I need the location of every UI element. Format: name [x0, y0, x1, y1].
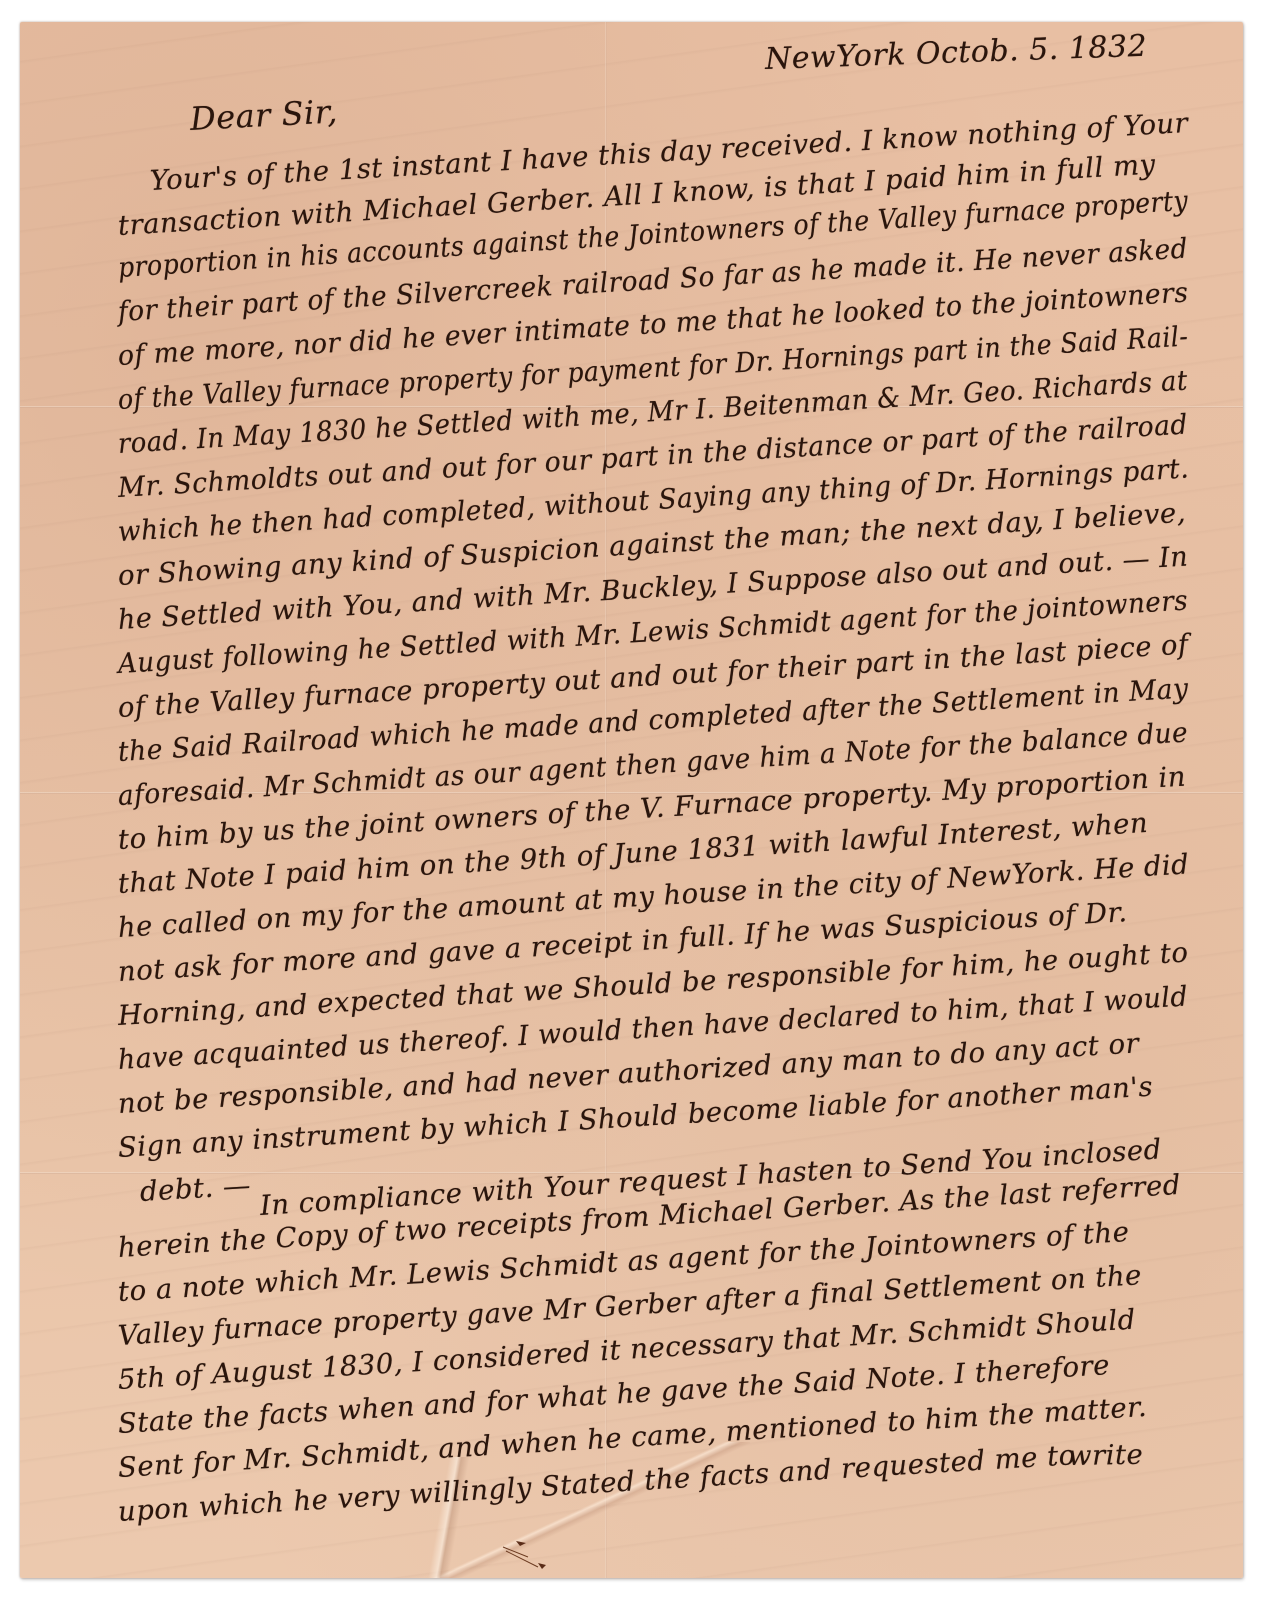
- letter-salutation: Dear Sir,: [189, 92, 339, 138]
- ink-blot-icon: [498, 1537, 558, 1577]
- letter-line: debt. —: [139, 1169, 252, 1208]
- letter-catchword: write: [1068, 1439, 1144, 1472]
